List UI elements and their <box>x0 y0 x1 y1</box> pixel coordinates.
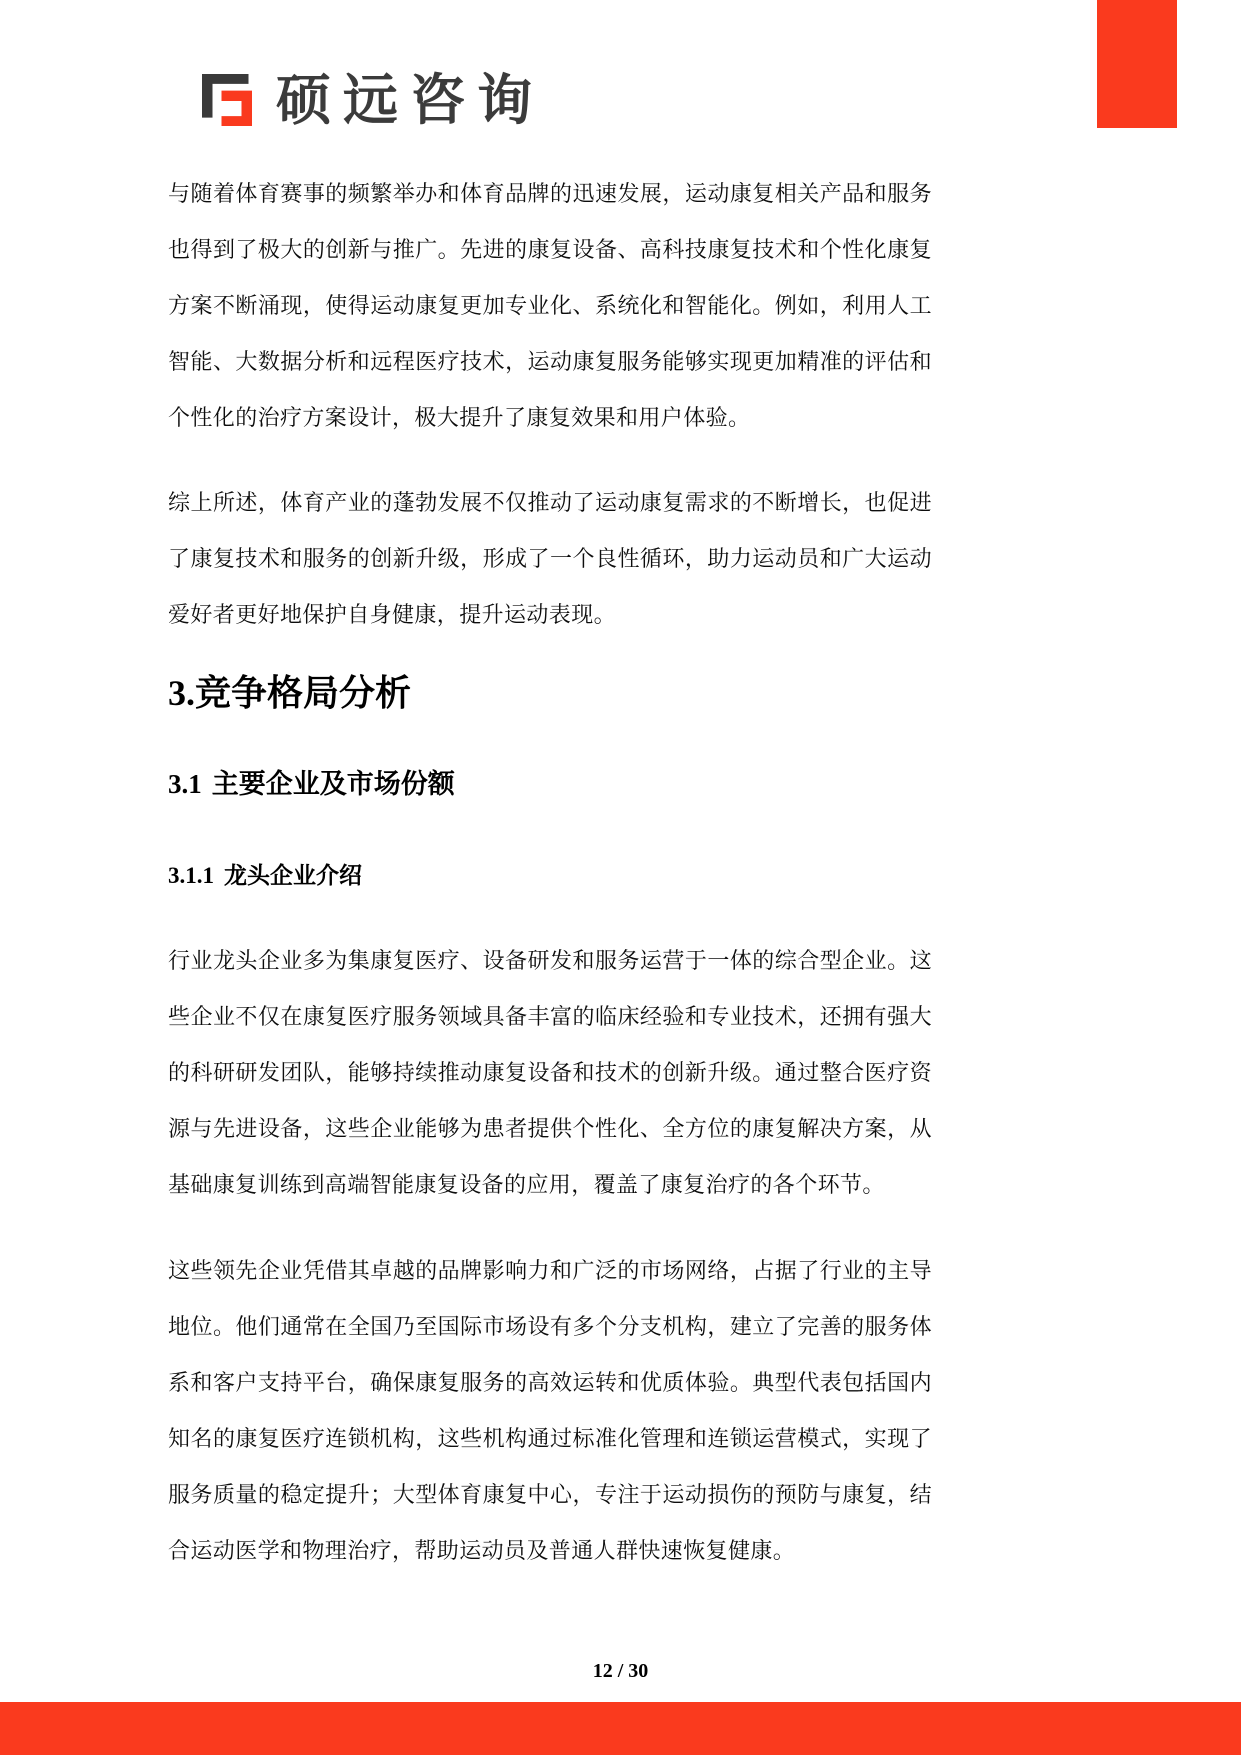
brand-logo-text: 硕远咨询 <box>276 70 544 130</box>
subsection-heading-3-1-1: 3.1.1龙头企业介绍 <box>168 860 362 891</box>
subsection-heading-3-1: 3.1主要企业及市场份额 <box>168 767 455 801</box>
subsection-heading-3-1-number: 3.1 <box>168 769 202 799</box>
brand-logo: 硕远咨询 <box>202 70 544 130</box>
paragraph-1: 与随着体育赛事的频繁举办和体育品牌的迅速发展，运动康复相关产品和服务也得到了极大… <box>168 166 932 446</box>
section-heading-3-number: 3. <box>168 673 195 713</box>
subsection-heading-3-1-text: 主要企业及市场份额 <box>212 769 455 799</box>
paragraph-2: 综上所述，体育产业的蓬勃发展不仅推动了运动康复需求的不断增长，也促进了康复技术和… <box>168 475 932 643</box>
paragraph-4: 这些领先企业凭借其卓越的品牌影响力和广泛的市场网络，占据了行业的主导地位。他们通… <box>168 1243 932 1579</box>
paragraph-3: 行业龙头企业多为集康复医疗、设备研发和服务运营于一体的综合型企业。这些企业不仅在… <box>168 933 932 1213</box>
page-number: 12 / 30 <box>0 1660 1241 1683</box>
section-heading-3: 3.竞争格局分析 <box>168 672 411 714</box>
subsection-heading-3-1-1-text: 龙头企业介绍 <box>224 862 362 888</box>
corner-accent-rect <box>1097 0 1177 128</box>
subsection-heading-3-1-1-number: 3.1.1 <box>168 863 214 888</box>
bottom-accent-bar <box>0 1702 1241 1755</box>
section-heading-3-text: 竞争格局分析 <box>195 672 411 713</box>
brand-logo-icon <box>202 74 252 126</box>
report-page: 硕远咨询 与随着体育赛事的频繁举办和体育品牌的迅速发展，运动康复相关产品和服务也… <box>0 0 1241 1755</box>
